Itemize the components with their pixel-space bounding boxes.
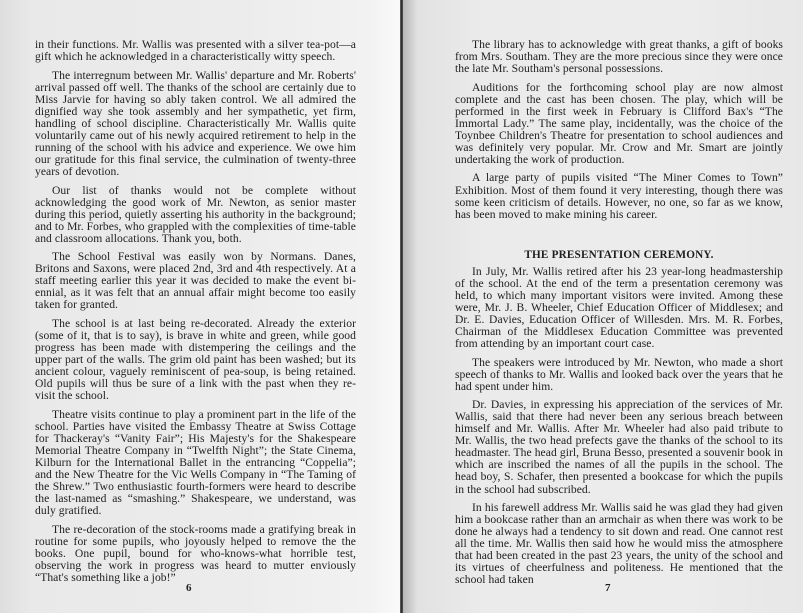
paragraph-interregnum: The interregnum between Mr. Wallis' depa…: [35, 70, 356, 178]
right-page-text-column: The library has to acknowledge with grea…: [455, 39, 783, 593]
paragraph-speakers: The speakers were introduced by Mr. Newt…: [455, 357, 783, 393]
paragraph-continuation: in their functions. Mr. Wallis was prese…: [35, 39, 356, 63]
paragraph-stock-rooms: The re-decoration of the stock-rooms mad…: [35, 524, 356, 584]
paragraph-ceremony-intro: In July, Mr. Wallis retired after his 23…: [455, 266, 783, 350]
paragraph-redecoration: The school is at last being re-decorated…: [35, 318, 356, 402]
right-page: The library has to acknowledge with grea…: [403, 0, 803, 613]
left-page-text-column: in their functions. Mr. Wallis was prese…: [35, 39, 356, 590]
document-spread: in their functions. Mr. Wallis was prese…: [0, 0, 803, 613]
fold-shadow: [403, 0, 417, 613]
paragraph-miner-exhibition: A large party of pupils visited “The Min…: [455, 172, 783, 220]
paragraph-auditions: Auditions for the forthcoming school pla…: [455, 82, 783, 166]
left-page: in their functions. Mr. Wallis was prese…: [0, 0, 401, 613]
paragraph-thanks: Our list of thanks would not be complete…: [35, 185, 356, 245]
paragraph-theatre-visits: Theatre visits continue to play a promin…: [35, 409, 356, 517]
paragraph-farewell-address: In his farewell address Mr. Wallis said …: [455, 502, 783, 586]
paragraph-school-festival: The School Festival was easily won by No…: [35, 251, 356, 311]
section-heading: THE PRESENTATION CEREMONY.: [455, 249, 783, 261]
paragraph-library: The library has to acknowledge with grea…: [455, 39, 783, 75]
paragraph-dr-davies: Dr. Davies, in expressing his appreciati…: [455, 399, 783, 495]
page-number-right: 7: [605, 582, 611, 594]
page-number-left: 6: [186, 582, 192, 594]
